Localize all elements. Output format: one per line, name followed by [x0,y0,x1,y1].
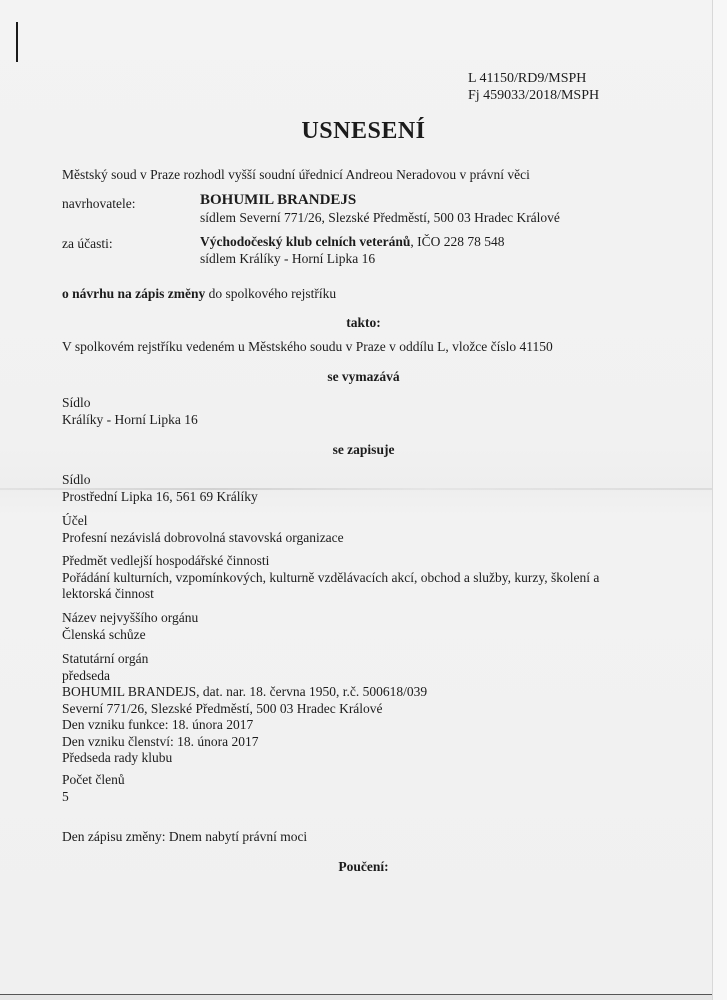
item-value: Severní 771/26, Slezské Předměstí, 500 0… [62,701,427,718]
item-value: Den vzniku členství: 18. února 2017 [62,734,427,751]
item-value: předseda [62,668,427,685]
page-edge-bottom [0,994,712,1000]
item-value: Členská schůze [62,627,198,644]
party-name: Východočeský klub celních veteránů [200,234,410,249]
reference-line: Fj 459033/2018/MSPH [468,87,599,104]
party-name: BOHUMIL BRANDEJS [200,192,560,209]
erase-item-seat: Sídlo Králíky - Horní Lipka 16 [62,395,198,428]
party-label: za účasti: [62,236,113,252]
party-petitioner: BOHUMIL BRANDEJS sídlem Severní 771/26, … [200,192,560,226]
document-title: USNESENÍ [0,118,727,145]
item-label: Počet členů [62,772,125,789]
party-address: sídlem Severní 771/26, Slezské Předměstí… [200,209,560,226]
item-label: Statutární orgán [62,651,427,668]
takto-heading: takto: [0,314,727,331]
write-item-supreme-body: Název nejvyššího orgánu Členská schůze [62,610,198,643]
party-participant: Východočeský klub celních veteránů, IČO … [200,233,505,267]
margin-mark [16,22,18,62]
item-label: Sídlo [62,472,258,489]
subject-bold: návrhu na zápis změny [72,286,205,301]
erase-heading: se vymazává [0,368,727,385]
item-value: Profesní nezávislá dobrovolná stavovská … [62,530,344,547]
item-value: Prostřední Lipka 16, 561 69 Králíky [62,489,258,506]
item-value: Pořádání kulturních, vzpomínkových, kult… [62,570,622,603]
item-label: Sídlo [62,395,198,412]
party-address: sídlem Králíky - Horní Lipka 16 [200,250,505,267]
reference-line: L 41150/RD9/MSPH [468,70,599,87]
item-value: Den vzniku funkce: 18. února 2017 [62,717,427,734]
item-value: BOHUMIL BRANDEJS, dat. nar. 18. června 1… [62,684,427,701]
write-item-seat: Sídlo Prostřední Lipka 16, 561 69 Králík… [62,472,258,505]
item-value: Králíky - Horní Lipka 16 [62,412,198,429]
change-date-line: Den zápisu změny: Dnem nabytí právní moc… [62,828,307,845]
write-heading: se zapisuje [0,441,727,458]
write-item-member-count: Počet členů 5 [62,772,125,805]
party-label: navrhovatele: [62,196,135,212]
intro-text: Městský soud v Praze rozhodl vyšší soudn… [62,166,530,183]
item-label: Předmět vedlejší hospodářské činnosti [62,553,622,570]
subject-line: o návrhu na zápis změny do spolkového re… [62,285,336,302]
item-label: Účel [62,513,344,530]
party-id: , IČO 228 78 548 [410,234,504,249]
item-label: Název nejvyššího orgánu [62,610,198,627]
item-value: Předseda rady klubu [62,750,427,767]
reference-numbers: L 41150/RD9/MSPH Fj 459033/2018/MSPH [468,70,599,104]
instruction-heading: Poučení: [0,858,727,875]
register-sentence: V spolkovém rejstříku vedeném u Městskéh… [62,338,553,355]
write-item-activity: Předmět vedlejší hospodářské činnosti Po… [62,553,622,603]
item-value: 5 [62,789,125,806]
page-edge-right [712,0,727,1000]
write-item-statutory-body: Statutární orgán předseda BOHUMIL BRANDE… [62,651,427,767]
write-item-purpose: Účel Profesní nezávislá dobrovolná stavo… [62,513,344,546]
